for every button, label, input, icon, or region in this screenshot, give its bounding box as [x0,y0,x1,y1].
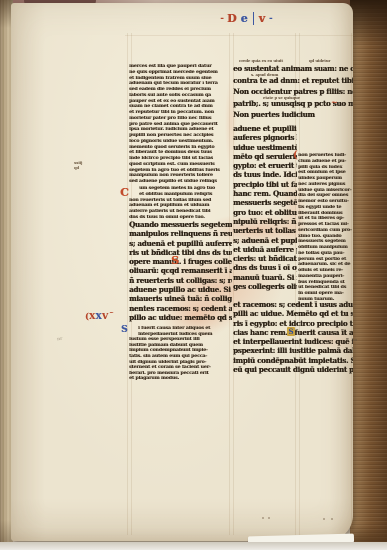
main-text-line: ds tuus inde. Idcirco [233,170,297,179]
main-text-line: uidue uestimentū. Me- [233,143,297,152]
gloss-text-line: nec auferes pignus [298,182,353,188]
header-dash-right: - [269,14,272,24]
header-letter-e: e [241,13,248,25]
gloss-text-line: cium aduene et pu- [298,159,353,165]
main-text-line: precipio tibi ut facias [233,180,297,189]
main-text-line: mēto qd seruieris ī e- [233,152,297,161]
main-text-line: nipulū reliqris: ñ re- [233,217,297,226]
ruled-line-vertical [127,33,128,535]
interlinear-gloss: s. apud deum [251,72,278,77]
main-text-line: nentes racemos: s; cedent aduene pu- [129,304,232,313]
running-header: - D e v - [204,12,288,25]
main-text-line: dns ds tuus ī oī opere [233,263,297,272]
prick-mark [262,517,264,519]
interlinear-gloss: qd uidetur [309,58,330,63]
gloss-text-line: ne quis opprimat mercede egentem [129,70,230,76]
main-text-line: ñ reuerteris ut colligas: s; relinqs [129,276,232,285]
gloss-text-line: sericordiam cum pro- [298,228,353,234]
chapter-flourish: ~ [109,310,113,316]
margin-note-line: qd [74,165,82,170]
header-blue-stroke [253,12,254,25]
main-text-line: auferes pignoris loco [233,133,297,142]
header-dash-left: - [220,14,223,24]
main-text-line: Non puertes iudicium [233,110,353,122]
main-text-line: miaueris uineā tuā: ñ colliges rema- [129,294,232,303]
prick-mark [331,518,333,520]
main-text-line: gypto: et eruerit te dns [233,161,297,170]
main-text-line: manuū tuarū. Si fru- [233,273,297,282]
interlinear-gloss: crede quia ex eo uiuit [239,58,283,63]
left-gloss-column-bottom: i fuerit causa inter aliquos etinterpell… [129,326,230,382]
red-paragraph-bracket: ( [293,150,298,161]
chapter-numeral: V [102,311,108,321]
gloss-text-line: pressos et facias mi- [298,222,353,228]
main-text-line: et uiduā auferre pa- [233,245,297,254]
left-margin-note: xxiij qd [74,160,82,170]
gloss-text-line: um segetem metes in agro tuo [129,186,230,192]
main-text-line: aduene pupillo ac uidue. Si uinde- [129,285,232,294]
main-text-line: manipulos relinquens ñ reuerteris [129,229,232,238]
parchment-page: - D e v - ( X X V ~ merces est illa que … [11,3,353,541]
bottom-main-text-full-width: et racemos: s; cedent ī usus aduene pu-p… [233,300,353,374]
main-text-line: pillo ac uidue: memēto qd seruieris [129,313,232,322]
main-text-line: cieris: ut bñdicat tibi [233,254,297,263]
ruled-line-horizontal [125,35,355,36]
main-text-line: contra te ad dnm: et reputet tibi ī pctm… [233,76,353,88]
gloss-text-line: non peruertes iudi- [298,153,353,159]
main-text-line: ris ut bñdicat tibi dns ds tuus in oī [129,248,232,257]
main-text-line: messueris segetē ī a- [233,198,297,207]
left-gloss-column-mid: um segetem metes in agro tuoet oblitus m… [129,186,230,221]
left-gloss-column-top: merces est illa que pauperi daturne quis… [129,64,230,185]
right-margin-note: in [353,337,357,342]
red-initial-c: C [120,186,129,199]
main-text-line: pilli ac uidue. Memēto qd et tu seruie- [233,309,353,318]
gloss-text-line: oblitum manipulum [298,245,353,251]
prick-mark [323,518,325,520]
red-line-filler: ~ [331,97,338,107]
gloss-text-line: et plagarum modus. [129,376,230,382]
main-text-line: pspexerint: illi iustitie palmā dabūt: q… [233,346,353,355]
prick-mark [268,517,270,519]
main-text-line: eū qui peccauit dignū uiderint plagis [233,365,353,374]
right-gloss-column: non peruertes iudi-cium aduene et pu-pil… [298,153,353,303]
gold-illuminated-initial: S [287,327,295,336]
main-text-line: aduene et pupilli: nec [233,124,297,133]
interlinear-gloss: etate p se quisque [263,95,300,100]
main-text-line: gro tuo: et oblitus ma- [233,208,297,217]
gloss-text-line: quod scriptum est. cum messueris [129,162,230,168]
left-main-text-column: Quando messueris segetem ma-manipulos re… [129,220,232,322]
main-text-line: oliuarū: qcqd remanserit ī arborib; [129,266,232,275]
gloss-text-line: sed aduene pupillo et uidue relinqs [129,179,230,185]
chapter-number-xxv: ( X X V ~ [85,311,114,321]
book-fore-edge [350,0,387,550]
main-text-line: Quando messueris segetem ma- [129,220,232,229]
margin-smudge: nr [57,337,63,343]
gloss-text-line: memor esto seruitu- [298,199,353,205]
blue-initial-s: S [121,325,128,335]
manuscript-photo: - D e v - ( X X V ~ merces est illa que … [0,0,387,550]
main-text-line: et interpellauerint iudices: quē iustū e… [233,337,353,346]
main-text-line: uerteris ut tollas eū: [233,226,297,235]
red-initial-s: S [171,254,179,267]
main-text-line: ges collegeris oliuarū [233,282,297,291]
main-text-line: s; aduenā et pupillū [233,236,297,245]
main-text-line: s; aduenā et pupillū auferre pacie- [129,239,232,248]
main-text-line: opere manuū. i fruges collegeris [129,257,232,266]
main-text-line: impiū condēpnabūt impietatis. Sin aūt [233,356,353,365]
main-text-line: et racemos: s; cedent ī usus aduene pu- [233,300,353,309]
header-letter-d: D [227,13,237,25]
surface-below-book [0,542,387,550]
right-main-text-narrow: aduene et pupilli: necauferes pignoris l… [233,124,297,291]
header-letter-v: v [259,13,265,25]
main-text-line: hanc rem. Quando [233,189,297,198]
